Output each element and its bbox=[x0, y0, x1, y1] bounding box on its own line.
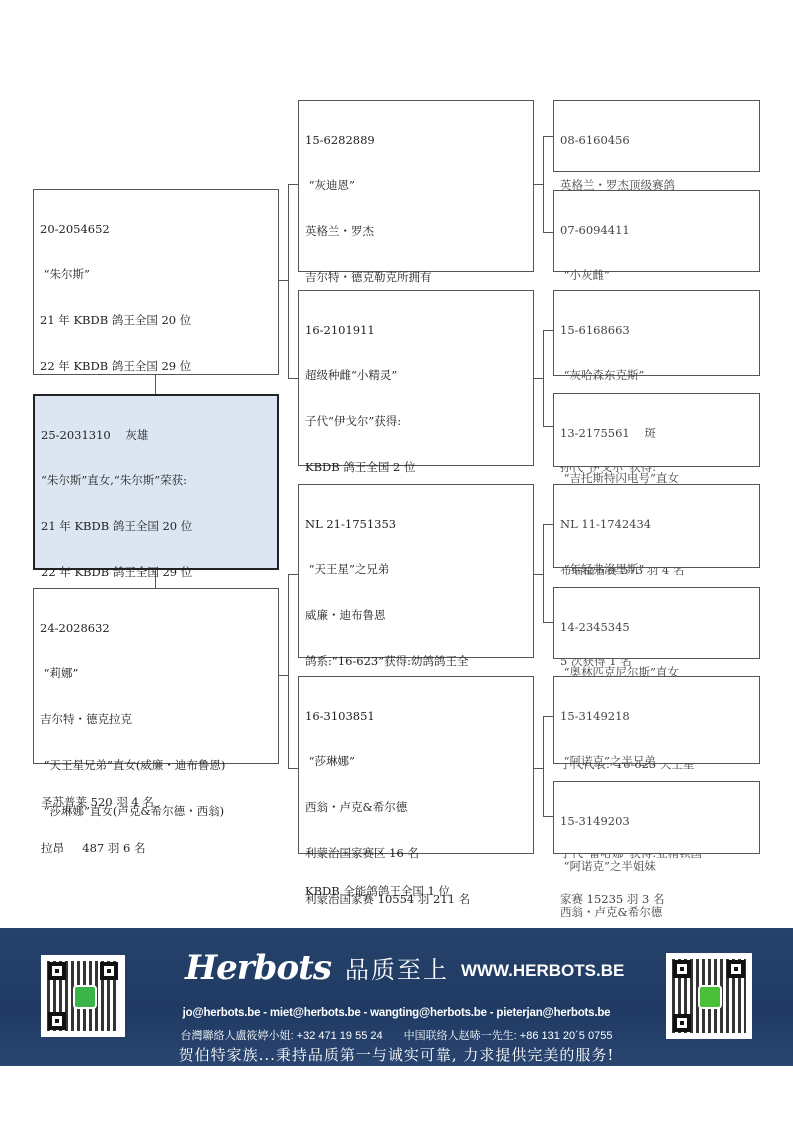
wechat-icon bbox=[698, 985, 722, 1009]
connector-gen3-ss bbox=[288, 184, 298, 185]
contact-taiwan: 台灣聯絡人盧筱婷小姐: +32 471 19 55 24 bbox=[181, 1030, 383, 1042]
sire-line: 22 年 KBDB 鸽王全国 29 位 bbox=[40, 359, 278, 374]
ds-dam-line: 14-2345345 bbox=[560, 620, 759, 635]
qr-finder bbox=[727, 960, 745, 978]
sire-dam-line: 超级种雌“小精灵” bbox=[305, 368, 533, 383]
connector-ss-to-gen4 bbox=[533, 184, 543, 185]
sire-sire-line: 吉尔特・德克勒克所拥有 bbox=[305, 270, 533, 285]
ds-sire-line: “年轻弗洛里斯” bbox=[560, 562, 759, 577]
sd-dam-line: 13-2175561 斑 bbox=[560, 426, 759, 441]
sd-dam-card: 13-2175561 斑 “吉托斯特闪电号”直女 平辈获得: 布瑞福省赛 573… bbox=[553, 393, 760, 467]
sire-dam-line: 子代“伊戈尔”获得: bbox=[305, 414, 533, 429]
dam-sire-line: NL 21-1751353 bbox=[305, 517, 533, 532]
dd-dam-line: “阿诺克”之半姐妹 bbox=[560, 859, 759, 874]
dam-sire-card: NL 21-1751353 “天王星”之兄弟 威廉・迪布鲁恩 鸽系:“16-62… bbox=[298, 484, 534, 658]
connector-gen4-sd-sire bbox=[543, 330, 553, 331]
company-motto: 贺伯特家族...秉持品质第一与诚实可靠, 力求提供完美的服务! bbox=[0, 1044, 793, 1065]
dam-line: 吉尔特・德克拉克 bbox=[40, 712, 278, 727]
ds-dam-card: 14-2345345 “奥林匹克尼尔斯”直女 迪克・凡戴克,超级种鸽 子代代表:… bbox=[553, 587, 760, 659]
ss-sire-card: 08-6160456 英格兰・罗杰顶级赛鸽 孙代代表:“布鲁克斯”(范内) bbox=[553, 100, 760, 172]
connector-gen4-ss-dam bbox=[543, 232, 553, 233]
dam-sire-line: 威廉・迪布鲁恩 bbox=[305, 608, 533, 623]
connector-gen3-ds bbox=[288, 574, 298, 575]
qr-finder bbox=[100, 962, 118, 980]
dam-line: “莎琳娜”直女(卢克&希尔德・西翁) bbox=[40, 804, 278, 819]
dam-dam-line: 利蒙治国家赛 10554 羽 211 名 bbox=[305, 892, 533, 907]
dam-dam-line: “莎琳娜” bbox=[305, 754, 533, 769]
connector-ds-to-gen4 bbox=[533, 574, 543, 575]
dam-dam-card: 16-3103851 “莎琳娜” 西翁・卢克&希尔德 利蒙治国家赛区 16 名 … bbox=[298, 676, 534, 854]
qr-finder bbox=[48, 962, 66, 980]
dam-line: 24-2028632 bbox=[40, 621, 278, 636]
sire-dam-card: 16-2101911 超级种雌“小精灵” 子代“伊戈尔”获得: KBDB 鸽王全… bbox=[298, 290, 534, 466]
ss-sire-line: 08-6160456 bbox=[560, 133, 759, 148]
sire-sire-card: 15-6282889 “灰迪恩” 英格兰・罗杰 吉尔特・德克勒克所拥有 子代“伊… bbox=[298, 100, 534, 272]
connector-dd-to-gen4 bbox=[533, 768, 543, 769]
sire-line: “朱尔斯” bbox=[40, 267, 278, 282]
ds-sire-card: NL 11-1742434 “年轻弗洛里斯” 超级赛鸽及种鸽 5 次获得 1 名 bbox=[553, 484, 760, 568]
qr-code-line[interactable] bbox=[41, 955, 125, 1037]
connector-gen3-dd bbox=[288, 768, 298, 769]
ss-dam-card: 07-6094411 “小灰雌” 09 年鸽王全国 12 位 bbox=[553, 190, 760, 272]
connector-dd-gen4-vertical bbox=[543, 716, 544, 816]
website-link[interactable]: WWW.HERBOTS.BE bbox=[461, 956, 624, 986]
connector-dam-to-gen3 bbox=[278, 675, 288, 676]
ss-dam-line: “小灰雌” bbox=[560, 268, 759, 283]
connector-gen4-sd-dam bbox=[543, 426, 553, 427]
dam-dam-line: 利蒙治国家赛区 16 名 bbox=[305, 846, 533, 861]
qr-finder bbox=[673, 960, 691, 978]
dd-dam-line: 15-3149203 bbox=[560, 814, 759, 829]
connector-sire-to-gen3 bbox=[278, 280, 288, 281]
dam-card: 24-2028632 “莉娜” 吉尔特・德克拉克 “天王星兄弟”直女(威廉・迪布… bbox=[33, 588, 279, 764]
sd-sire-card: 15-6168663 “灰哈森东克斯” 莫里斯・哈森东克斯原舍 孙代“伊戈尔”获… bbox=[553, 290, 760, 376]
sire-dam-line: 16-2101911 bbox=[305, 323, 533, 338]
dam-dam-line: 16-3103851 bbox=[305, 709, 533, 724]
sire-dam-line: KBDB 鸽王全国 2 位 bbox=[305, 460, 533, 475]
ds-sire-line: NL 11-1742434 bbox=[560, 517, 759, 532]
sire-line: 20-2054652 bbox=[40, 222, 278, 237]
sd-sire-line: 15-6168663 bbox=[560, 323, 759, 338]
sire-sire-line: “灰迪恩” bbox=[305, 178, 533, 193]
connector-gen3-sd bbox=[288, 378, 298, 379]
connector-dam-gen3-vertical bbox=[288, 574, 289, 768]
subject-line: 拉昂 487 羽 6 名 bbox=[41, 841, 277, 856]
dam-sire-line: 鸽系:“16-623”获得:幼鸽鸽王全 bbox=[305, 654, 533, 669]
dd-dam-card: 15-3149203 “阿诺克”之半姐妹 西翁・卢克&希尔德 子代代表:“蕾哈娜… bbox=[553, 781, 760, 854]
dd-sire-line: “阿诺克”之半兄弟 bbox=[560, 754, 759, 769]
connector-sire-gen3-vertical bbox=[288, 184, 289, 378]
connector-gen4-dd-dam bbox=[543, 816, 553, 817]
connector-gen4-ds-sire bbox=[543, 524, 553, 525]
sd-sire-line: “灰哈森东克斯” bbox=[560, 368, 759, 383]
brand-row: Herbots 品质至上 WWW.HERBOTS.BE bbox=[185, 946, 625, 986]
dd-sire-line: 15-3149218 bbox=[560, 709, 759, 724]
dd-sire-card: 15-3149218 “阿诺克”之半兄弟 西翁・卢克&希尔德 子代“蕾哈娜”获得… bbox=[553, 676, 760, 764]
dam-line: “天王星兄弟”直女(威廉・迪布鲁恩) bbox=[40, 758, 278, 773]
line-app-icon bbox=[73, 985, 97, 1009]
contact-china: 中国联络人赵哧一先生: +86 131 20´5 0755 bbox=[404, 1030, 613, 1042]
sire-sire-line: 英格兰・罗杰 bbox=[305, 224, 533, 239]
dd-dam-line: 西翁・卢克&希尔德 bbox=[560, 905, 759, 920]
dam-line: “莉娜” bbox=[40, 666, 278, 681]
subject-line: 25-2031310 灰雄 bbox=[41, 428, 277, 443]
subject-line: 21 年 KBDB 鸽王全国 20 位 bbox=[41, 519, 277, 534]
dam-dam-line: 西翁・卢克&希尔德 bbox=[305, 800, 533, 815]
dam-sire-line: “天王星”之兄弟 bbox=[305, 562, 533, 577]
connector-sd-gen4-vertical bbox=[543, 330, 544, 426]
ss-dam-line: 07-6094411 bbox=[560, 223, 759, 238]
connector-gen4-ss-sire bbox=[543, 136, 553, 137]
brand-logo: Herbots bbox=[185, 950, 331, 986]
sire-line: 21 年 KBDB 鸽王全国 20 位 bbox=[40, 313, 278, 328]
connector-sd-to-gen4 bbox=[533, 378, 543, 379]
subject-line: “朱尔斯”直女,“朱尔斯”荣获: bbox=[41, 473, 277, 488]
connector-gen4-dd-sire bbox=[543, 716, 553, 717]
connector-gen4-ds-dam bbox=[543, 622, 553, 623]
subject-line: 22 年 KBDB 鸽王全国 29 位 bbox=[41, 565, 277, 580]
sire-card: 20-2054652 “朱尔斯” 21 年 KBDB 鸽王全国 20 位 22 … bbox=[33, 189, 279, 375]
brand-slogan: 品质至上 bbox=[345, 954, 449, 986]
connector-ss-gen4-vertical bbox=[543, 136, 544, 232]
contact-emails[interactable]: jo@herbots.be - miet@herbots.be - wangti… bbox=[0, 1007, 793, 1019]
contact-phones: 台灣聯絡人盧筱婷小姐: +32 471 19 55 24 中国联络人赵哧一先生:… bbox=[0, 1027, 793, 1043]
connector-ds-gen4-vertical bbox=[543, 524, 544, 622]
sire-sire-line: 15-6282889 bbox=[305, 133, 533, 148]
subject-card: 25-2031310 灰雄 “朱尔斯”直女,“朱尔斯”荣获: 21 年 KBDB… bbox=[33, 394, 279, 570]
